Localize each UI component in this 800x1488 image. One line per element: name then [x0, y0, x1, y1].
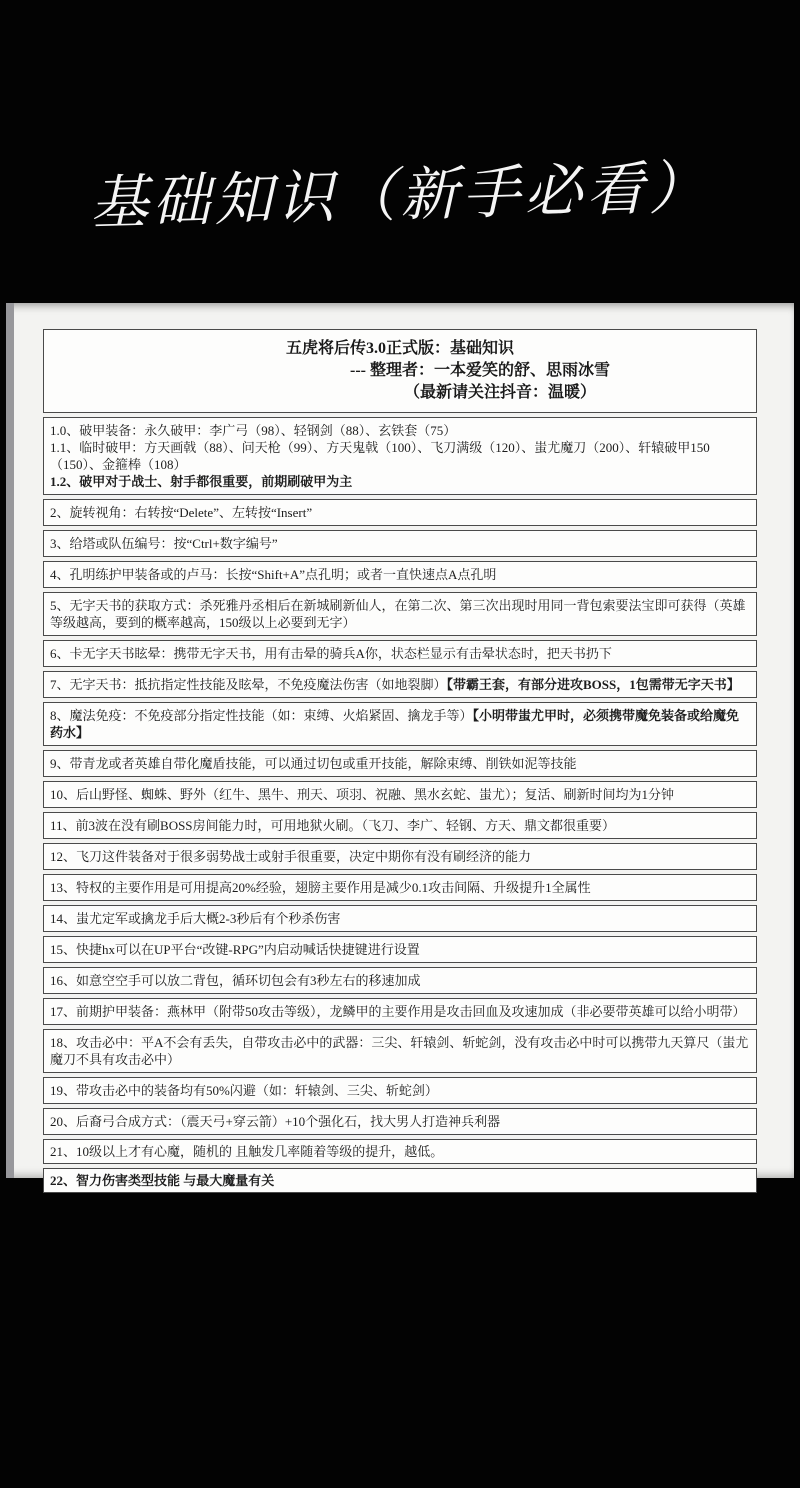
table-row: 17、前期护甲装备：燕林甲（附带50攻击等级），龙鳞甲的主要作用是攻击回血及攻速… [43, 998, 757, 1025]
row-text: 4、孔明练护甲装备或的卢马：长按“Shift+A”点孔明；或者一直快速点A点孔明 [50, 566, 750, 583]
table-row: 14、蚩尤定军或擒龙手后大概2-3秒后有个秒杀伤害 [43, 905, 757, 932]
row-text: 1.2、破甲对于战士、射手都很重要，前期刷破甲为主 [50, 473, 750, 490]
table-row: 18、攻击必中：平A不会有丢失，自带攻击必中的武器：三尖、轩辕剑、斩蛇剑，没有攻… [43, 1029, 757, 1073]
row-text: 8、魔法免疫：不免疫部分指定性技能（如：束缚、火焰紧固、擒龙手等）【小明带蚩尤甲… [50, 707, 750, 741]
handwritten-title: 基础知识（新手必看） [0, 138, 800, 243]
row-text: 3、给塔或队伍编号：按“Ctrl+数字编号” [50, 535, 750, 552]
doc-title: 五虎将后传3.0正式版：基础知识 [54, 338, 746, 360]
page-left-gutter [6, 303, 14, 1178]
table-row: 21、10级以上才有心魔，随机的 且触发几率随着等级的提升，越低。 [43, 1139, 757, 1164]
table-row: 10、后山野怪、蜘蛛、野外（红牛、黑牛、刑天、项羽、祝融、黑水玄蛇、蚩尤）；复活… [43, 781, 757, 808]
table-row: 12、飞刀这件装备对于很多弱势战士或射手很重要，决定中期你有没有刷经济的能力 [43, 843, 757, 870]
row-text: 5、无字天书的获取方式：杀死雅丹丞相后在新城刷新仙人，在第二次、第三次出现时用同… [50, 597, 750, 631]
table-row: 22、智力伤害类型技能 与最大魔量有关 [43, 1168, 757, 1193]
document-page: 五虎将后传3.0正式版：基础知识 --- 整理者：一本爱笑的舒、思雨冰雪 （最新… [6, 303, 794, 1178]
table-row: 6、卡无字天书眩晕：携带无字天书，用有击晕的骑兵A你，状态栏显示有击晕状态时，把… [43, 640, 757, 667]
row-text: 18、攻击必中：平A不会有丢失，自带攻击必中的武器：三尖、轩辕剑、斩蛇剑，没有攻… [50, 1034, 750, 1068]
row-text: 17、前期护甲装备：燕林甲（附带50攻击等级），龙鳞甲的主要作用是攻击回血及攻速… [50, 1003, 750, 1020]
table-row: 19、带攻击必中的装备均有50%闪避（如：轩辕剑、三尖、斩蛇剑） [43, 1077, 757, 1104]
row-text: 12、飞刀这件装备对于很多弱势战士或射手很重要，决定中期你有没有刷经济的能力 [50, 848, 750, 865]
table-header: 五虎将后传3.0正式版：基础知识 --- 整理者：一本爱笑的舒、思雨冰雪 （最新… [43, 329, 757, 413]
doc-follow-note: （最新请关注抖音：温暖） [154, 382, 800, 404]
row-text: 13、特权的主要作用是可用提高20%经验，翅膀主要作用是减少0.1攻击间隔、升级… [50, 879, 750, 896]
row-text: 14、蚩尤定军或擒龙手后大概2-3秒后有个秒杀伤害 [50, 910, 750, 927]
doc-rows: 1.0、破甲装备：永久破甲：李广弓（98）、轻钢剑（88）、玄铁套（75）1.1… [43, 417, 757, 1193]
row-text: 10、后山野怪、蜘蛛、野外（红牛、黑牛、刑天、项羽、祝融、黑水玄蛇、蚩尤）；复活… [50, 786, 750, 803]
row-text: 21、10级以上才有心魔，随机的 且触发几率随着等级的提升，越低。 [50, 1143, 750, 1160]
row-text: 9、带青龙或者英雄自带化魔盾技能，可以通过切包或重开技能，解除束缚、削铁如泥等技… [50, 755, 750, 772]
table-row: 15、快捷hx可以在UP平台“改键-RPG”内启动喊话快捷键进行设置 [43, 936, 757, 963]
table-row: 13、特权的主要作用是可用提高20%经验，翅膀主要作用是减少0.1攻击间隔、升级… [43, 874, 757, 901]
row-text: 1.1、临时破甲：方天画戟（88）、问天枪（99）、方天鬼戟（100）、飞刀满级… [50, 439, 750, 473]
row-text: 2、旋转视角：右转按“Delete”、左转按“Insert” [50, 504, 750, 521]
row-text: 15、快捷hx可以在UP平台“改键-RPG”内启动喊话快捷键进行设置 [50, 941, 750, 958]
row-text: 7、无字天书：抵抗指定性技能及眩晕，不免疫魔法伤害（如地裂脚）【带霸王套，有部分… [50, 676, 750, 693]
table-row: 4、孔明练护甲装备或的卢马：长按“Shift+A”点孔明；或者一直快速点A点孔明 [43, 561, 757, 588]
doc-editors: --- 整理者：一本爱笑的舒、思雨冰雪 [134, 360, 800, 382]
table-row: 11、前3波在没有刷BOSS房间能力时，可用地狱火刷。（飞刀、李广、轻钢、方天、… [43, 812, 757, 839]
row-text: 6、卡无字天书眩晕：携带无字天书，用有击晕的骑兵A你，状态栏显示有击晕状态时，把… [50, 645, 750, 662]
table-row: 3、给塔或队伍编号：按“Ctrl+数字编号” [43, 530, 757, 557]
table-row: 8、魔法免疫：不免疫部分指定性技能（如：束缚、火焰紧固、擒龙手等）【小明带蚩尤甲… [43, 702, 757, 746]
row-text: 19、带攻击必中的装备均有50%闪避（如：轩辕剑、三尖、斩蛇剑） [50, 1082, 750, 1099]
table-row: 20、后裔弓合成方式：（震天弓+穿云箭）+10个强化石，找大男人打造神兵利器 [43, 1108, 757, 1135]
knowledge-table: 五虎将后传3.0正式版：基础知识 --- 整理者：一本爱笑的舒、思雨冰雪 （最新… [43, 329, 757, 1197]
table-row: 16、如意空空手可以放二背包，循环切包会有3秒左右的移速加成 [43, 967, 757, 994]
table-row: 5、无字天书的获取方式：杀死雅丹丞相后在新城刷新仙人，在第二次、第三次出现时用同… [43, 592, 757, 636]
row-text: 11、前3波在没有刷BOSS房间能力时，可用地狱火刷。（飞刀、李广、轻钢、方天、… [50, 817, 750, 834]
table-row: 1.0、破甲装备：永久破甲：李广弓（98）、轻钢剑（88）、玄铁套（75）1.1… [43, 417, 757, 495]
row-text: 1.0、破甲装备：永久破甲：李广弓（98）、轻钢剑（88）、玄铁套（75） [50, 422, 750, 439]
table-row: 9、带青龙或者英雄自带化魔盾技能，可以通过切包或重开技能，解除束缚、削铁如泥等技… [43, 750, 757, 777]
row-text: 22、智力伤害类型技能 与最大魔量有关 [50, 1172, 750, 1189]
row-text: 16、如意空空手可以放二背包，循环切包会有3秒左右的移速加成 [50, 972, 750, 989]
table-row: 2、旋转视角：右转按“Delete”、左转按“Insert” [43, 499, 757, 526]
row-text: 20、后裔弓合成方式：（震天弓+穿云箭）+10个强化石，找大男人打造神兵利器 [50, 1113, 750, 1130]
table-row: 7、无字天书：抵抗指定性技能及眩晕，不免疫魔法伤害（如地裂脚）【带霸王套，有部分… [43, 671, 757, 698]
